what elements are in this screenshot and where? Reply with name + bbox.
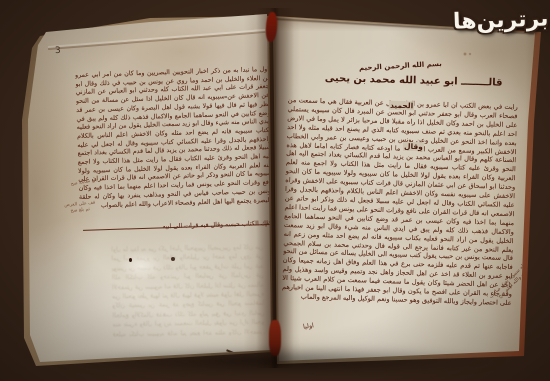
ink-speck bbox=[129, 258, 132, 262]
tiny-ink-marks bbox=[463, 52, 473, 56]
left-page-number: 3 bbox=[55, 46, 61, 56]
left-page-text-block: اول ما نبدا به من ذكر اخبار النحويين الب… bbox=[75, 66, 274, 244]
ink-speck bbox=[225, 96, 227, 98]
basmala-heading: بسم الله الرحمن الرحيم bbox=[359, 60, 442, 72]
right-page-paper: بسم الله الرحمن الرحيم قالــــــــ ابو ع… bbox=[273, 10, 550, 366]
ink-speck bbox=[171, 257, 175, 261]
site-watermark-logo: برترین‌ها bbox=[452, 6, 548, 34]
paper-stain bbox=[118, 251, 164, 281]
left-page-body-text: اول ما نبدا به من ذكر اخبار النحويين الب… bbox=[75, 66, 274, 230]
book-cast-shadow bbox=[50, 346, 510, 376]
right-page-body-text: رايت في بعض الكتب ان ابا عمرو بن العلاء … bbox=[281, 96, 518, 333]
rubricated-word: الحميد bbox=[389, 101, 414, 111]
rubricated-word: وقال bbox=[403, 142, 424, 152]
author-heading: قالــــــــ ابو عبيد الله محمد بن يحيى bbox=[325, 73, 503, 89]
left-page-paper: 3 اول ما نبدا به من ذكر اخبار النحويين ا… bbox=[20, 8, 280, 370]
left-page-fold-crease bbox=[48, 31, 265, 50]
left-page: 3 اول ما نبدا به من ذكر اخبار النحويين ا… bbox=[20, 8, 280, 370]
manuscript-photo: 3 اول ما نبدا به من ذكر اخبار النحويين ا… bbox=[0, 0, 550, 381]
right-page: بسم الله الرحمن الرحيم قالــــــــ ابو ع… bbox=[273, 10, 550, 366]
catchword: اوليا bbox=[302, 321, 314, 330]
